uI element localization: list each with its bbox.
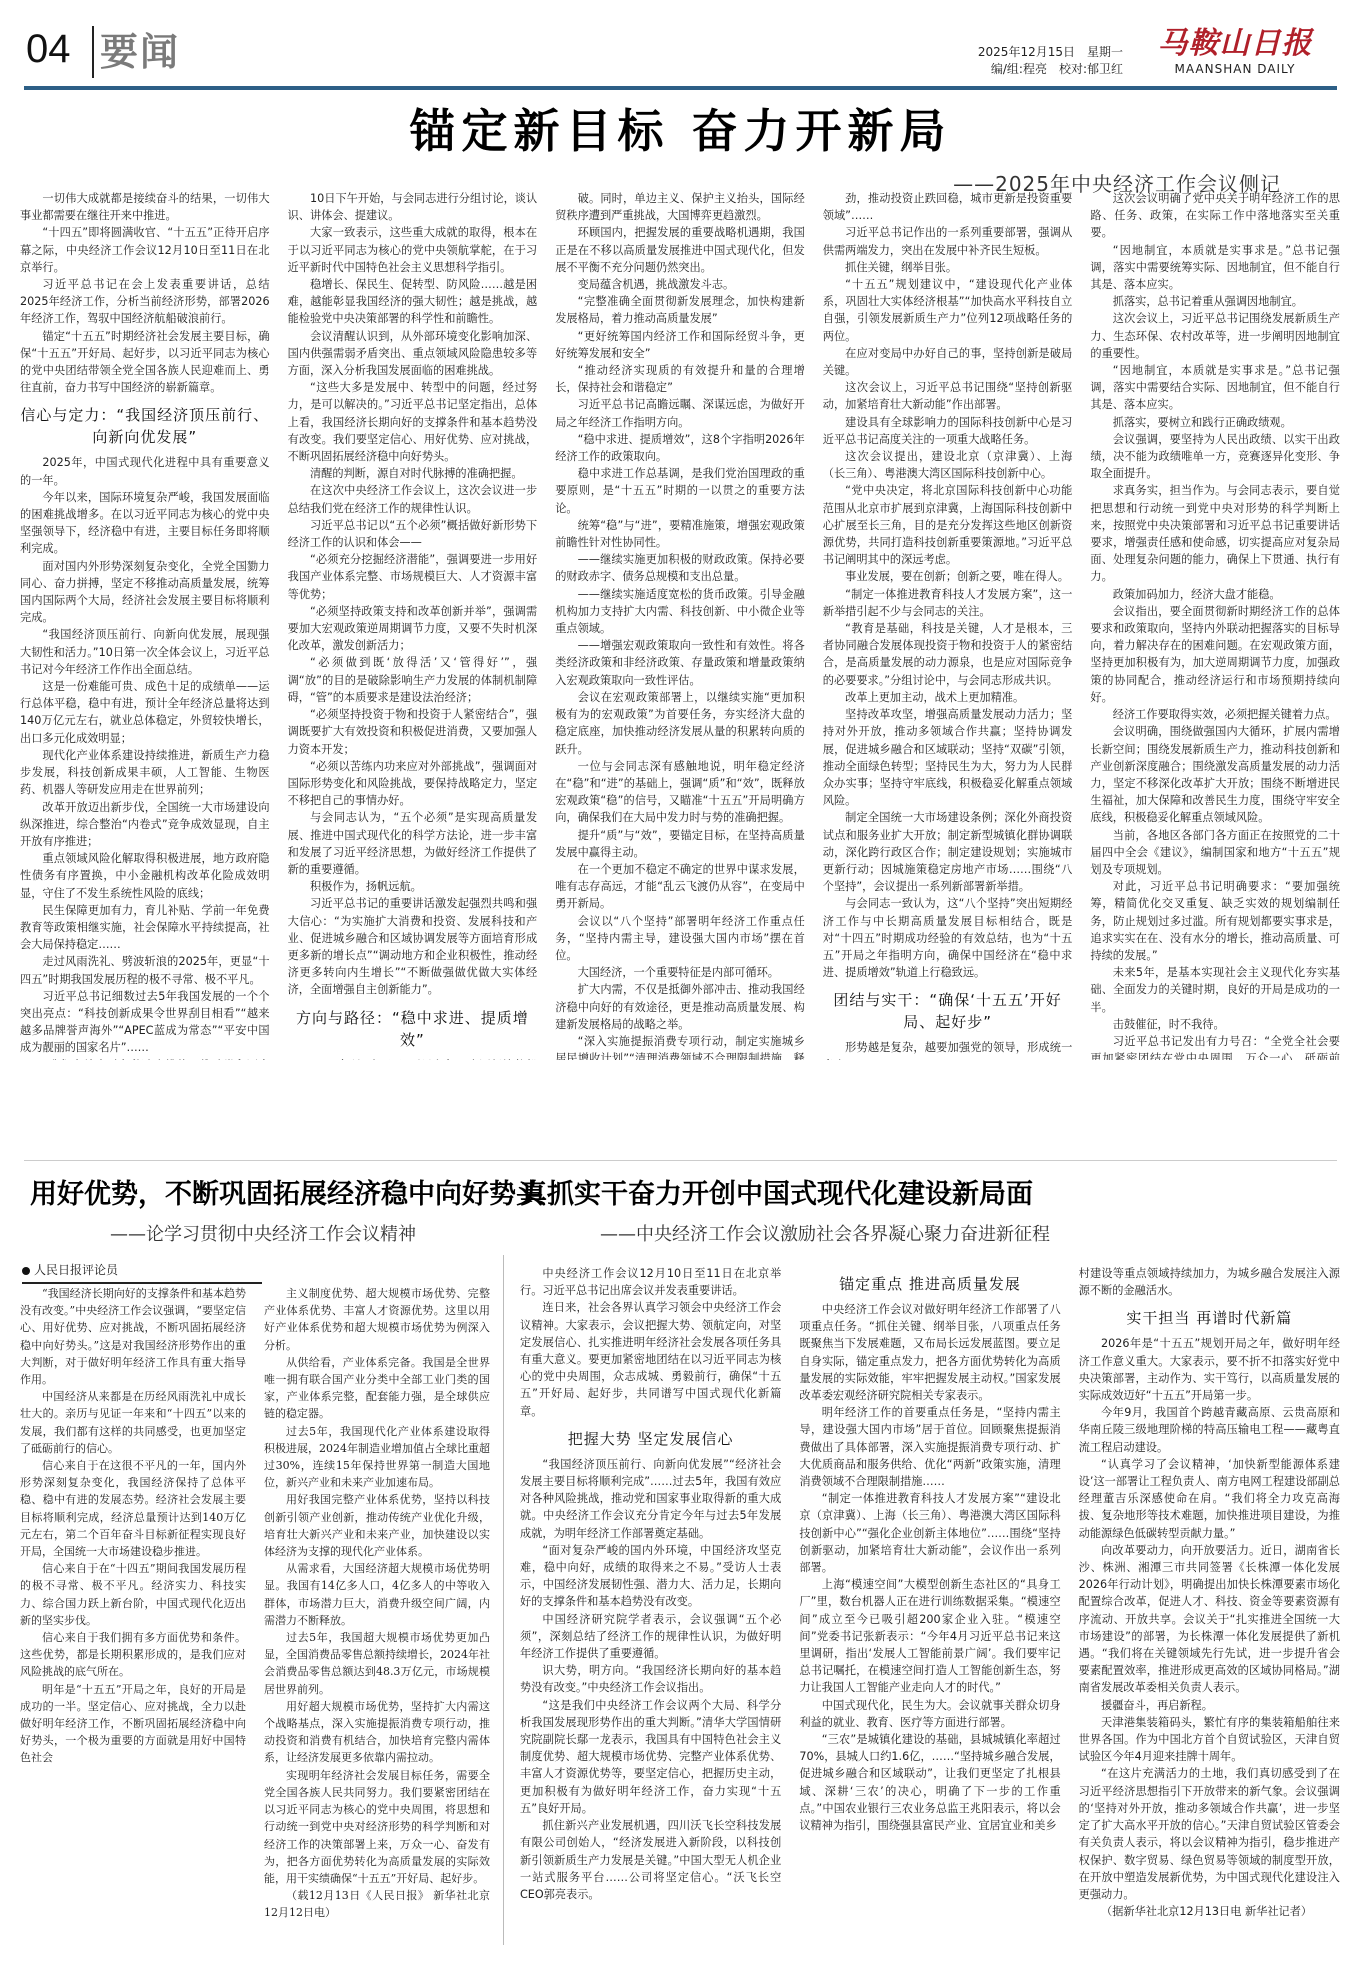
paragraph: 一位与会同志深有感触地说，明年稳定经济在“稳”和“进”的基础上，强调“质”和“效…: [555, 758, 805, 827]
paragraph: 会议清醒认识到，从外部环境变化影响加深、国内供强需弱矛盾突出、重点领域风险隐患较…: [288, 328, 538, 380]
report-subheadline: ——中央经济工作会议激励社会各界凝心聚力奋进新征程: [600, 1220, 1050, 1246]
paragraph: “完整准确全面贯彻新发展理念，加快构建新发展格局，着力推动高质量发展”: [555, 293, 805, 327]
logo-english: MAANSHAN DAILY: [1135, 62, 1335, 76]
top-article-body: 一切伟大成就都是接续奋斗的结果，一切伟大事业都需要在继往开来中推进。“十四五”即…: [20, 190, 1340, 1060]
paragraph: “我国经济顶压前行、向新向优发展，展现强大韧性和活力。”10日第一次全体会议上，…: [20, 626, 270, 678]
paragraph: 统筹“稳”与“进”，要精准施策，增强宏观政策前瞻性针对性协同性。: [555, 517, 805, 551]
paragraph: 会议指出，要全面贯彻新时期经济工作的总体要求和政策取向，坚持内外联动把握落实的目…: [1090, 603, 1340, 706]
date-line: 2025年12月15日 星期一: [978, 44, 1123, 61]
paragraph: 习近平总书记高瞻远瞩、深谋远虑，为做好开局之年经济工作指明方向。: [555, 396, 805, 430]
paragraph: ——继续实施适度宽松的货币政策。引导金融机构加力支持扩大内需、科技创新、中小微企…: [555, 586, 805, 638]
bullet-icon: [22, 1267, 30, 1275]
paragraph: “必须以苦练内功来应对外部挑战”，强调面对国际形势变化和风险挑战，要保持战略定力…: [288, 758, 538, 810]
paragraph: 中国式现代化，民生为大。会议就事关群众切身利益的就业、教育、医疗等方面进行部署。: [799, 1697, 1060, 1731]
paragraph: 事业发展，要在创新；创新之要，唯在得人。: [823, 568, 1073, 585]
paragraph: 在这次中央经济工作会议上，这次会议进一步总结我们党在经济工作的规律性认识。: [288, 482, 538, 516]
paragraph: “制定一体推进教育科技人才发展方案”，这一新举措引起不少与会同志的关注。: [823, 586, 1073, 620]
paragraph: “面对复杂严峻的国内外环境，中国经济攻坚克难，稳中向好，成绩的取得来之不易。”受…: [520, 1542, 781, 1611]
paragraph: 中国经济从来都是在历经风雨洗礼中成长壮大的。亲历与见证一年来和“十四五”以来的发…: [20, 1388, 246, 1457]
subheading: 信心与定力：“我国经济顶压前行、向新向优发展”: [20, 404, 270, 448]
paragraph: 大家一致表示，这些重大成就的取得，根本在于以习近平同志为核心的党中央领航掌舵，在…: [288, 224, 538, 276]
paragraph: 信心来自于在“十四五”期间我国发展历程的极不寻常、极不平凡。经济实力、科技实力、…: [20, 1560, 246, 1629]
paragraph: 会议明确，围绕做强国内大循环，扩展内需增长新空间；围绕发展新质生产力，推动科技创…: [1090, 723, 1340, 826]
paragraph: 现代化产业体系建设持续推进，新质生产力稳步发展，科技创新成果丰硕，人工智能、生物…: [20, 747, 270, 799]
paragraph: 与会同志认为，“五个必须”是实现高质量发展、推进中国式现代化的科学方法论，进一步…: [288, 809, 538, 878]
paragraph: 习近平总书记的重要讲话激发起强烈共鸣和强大信心：“为实施扩大消费和投资、发展科技…: [288, 895, 538, 998]
paragraph: “更好统筹国内经济工作和国际经贸斗争，更好统筹发展和安全”: [555, 328, 805, 362]
paragraph: 与会同志一致认为，这“八个坚持”突出短期经济工作与中长期高质量发展目标相结合，既…: [823, 895, 1073, 981]
paragraph: 习近平总书记以“五个必须”概括做好新形势下经济工作的认识和体会——: [288, 517, 538, 551]
paragraph: 提升“质”与“效”，要锚定目标，在坚持高质量发展中赢得主动。: [555, 827, 805, 861]
paragraph: 会议强调，要坚持为人民出政绩、以实干出政绩，决不能为政绩唯单一方，竞赛逐异化变形…: [1090, 431, 1340, 483]
paragraph: 变局蕴含机遇，挑战激发斗志。: [555, 276, 805, 293]
paragraph: 这次会议上，习近平总书记围绕“坚持创新驱动，加紧培育壮大新动能”作出部署。: [823, 379, 1073, 413]
paragraph: 会议以“八个坚持”部署明年经济工作重点任务，“坚持内需主导，建设强大国内市场”摆…: [555, 913, 805, 965]
paragraph: 抓落实，要树立和践行正确政绩观。: [1090, 414, 1340, 431]
paragraph: 积极作为，扬帆远航。: [288, 878, 538, 895]
commentary-subheadline: ——论学习贯彻中央经济工作会议精神: [110, 1220, 416, 1246]
paragraph: 抓落实，总书记着重从强调因地制宜。: [1090, 293, 1340, 310]
paragraph: 清醒的判断，源自对时代脉搏的准确把握。: [288, 465, 538, 482]
page-number: 04: [26, 26, 71, 72]
paragraph: 2026年是“十五五”开局之年，中国经济航船将驶向新的远方。: [288, 1057, 538, 1060]
paragraph: “因地制宜，本质就是实事求是。”总书记强调，落实中需要结合实际、因地制宜，但不能…: [1090, 362, 1340, 414]
paragraph: 抓住关键，纲举目张。: [823, 259, 1073, 276]
commentary-byline: 人民日报评论员: [22, 1261, 262, 1284]
paragraph: 习近平总书记在会上发表重要讲话，总结2025年经济工作，分析当前经济形势，部署2…: [20, 276, 270, 328]
paragraph: 政策加码加力，经济大盘才能稳。: [1090, 586, 1340, 603]
paragraph: 明年经济工作的首要重点任务是，“坚持内需主导，建设强大国内市场”居于首位。回顾聚…: [799, 1404, 1060, 1490]
paragraph: 天津港集装箱码头，繁忙有序的集装箱船舶往来世界各国。作为中国北方首个自贸试验区，…: [1079, 1714, 1340, 1766]
paragraph: 习近平总书记作出的一系列重要部署，强调从供需两端发力，突出在发展中补齐民生短板。: [823, 224, 1073, 258]
paragraph: 环顾国内，把握发展的重要战略机遇期，我国正是在不移以高质量发展推进中国式现代化，…: [555, 224, 805, 276]
paragraph: “我国经济长期向好的支撑条件和基本趋势没有改变。”中央经济工作会议强调，“要坚定…: [20, 1285, 246, 1388]
top-article-column: 劲，推动投资止跌回稳，城市更新是投资重要领域”……习近平总书记作出的一系列重要部…: [823, 190, 1073, 1060]
paragraph: 坚持改革攻坚，增强高质量发展动力活力；坚持对外开放，推动多领域合作共赢；坚持协调…: [823, 706, 1073, 809]
paragraph: 从需求看，大国经济超大规模市场优势明显。我国有14亿多人口，4亿多人的中等收入群…: [264, 1560, 490, 1629]
commentary-body: “我国经济长期向好的支撑条件和基本趋势没有改变。”中央经济工作会议强调，“要坚定…: [20, 1285, 490, 1955]
paragraph: 实现明年经济社会发展目标任务，需要全党全国各族人民共同努力。我们要紧密团结在以习…: [264, 1767, 490, 1887]
paragraph: 10日下午开始，与会同志进行分组讨论，谈认识、讲体会、提建议。: [288, 190, 538, 224]
paragraph: 破。同时，单边主义、保护主义抬头，国际经贸秩序遭到严重挑战，大国博弈更趋激烈。: [555, 190, 805, 224]
page-number-divider: [92, 26, 94, 78]
paragraph: “十五五”规划建议中，“建设现代化产业体系，巩固壮大实体经济根基”“加快高水平科…: [823, 276, 1073, 345]
paragraph: 改革上更加主动，战术上更加精准。: [823, 689, 1073, 706]
paragraph: 锚定“十五五”时期经济社会发展主要目标，确保“十五五”开好局、起好步，以习近平同…: [20, 328, 270, 397]
paragraph: “在这片充满活力的土地，我们真切感受到了在习近平经济思想指引下开放带来的新气象。…: [1079, 1765, 1340, 1903]
paragraph: ——增强宏观政策取向一致性和有效性。将各类经济政策和非经济政策、存量政策和增量政…: [555, 637, 805, 689]
paragraph: 向改革要动力，向开放要活力。近日，湖南省长沙、株洲、湘潭三市共同签署《长株潭一体…: [1079, 1542, 1340, 1697]
paragraph: “这是我们中央经济工作会议两个大局、科学分析我国发展现形势作出的重大判断。”清华…: [520, 1697, 781, 1817]
paragraph: 今年以来，国际环境复杂严峻，我国发展面临的困难挑战增多。在以习近平同志为核心的党…: [20, 489, 270, 558]
commentary-column: 主义制度优势、超大规模市场优势、完整产业体系优势、丰富人才资源优势。这里以用好产…: [264, 1285, 490, 1955]
subheading: 把握大势 坚定发展信心: [520, 1428, 781, 1450]
paragraph: 信心来自于在这很不平凡的一年，国内外形势深刻复杂变化，我国经济保持了总体平稳、稳…: [20, 1457, 246, 1560]
column-divider: [503, 1255, 504, 1945]
paragraph: 村建设等重点领域持续加力，为城乡融合发展注入源源不断的金融活水。: [1079, 1265, 1340, 1299]
paragraph: 主义制度优势、超大规模市场优势、完整产业体系优势、丰富人才资源优势。这里以用好产…: [264, 1285, 490, 1354]
paragraph: 稳中求进工作总基调，是我们党治国理政的重要原则，是“十五五”时期的一以贯之的重要…: [555, 465, 805, 517]
subheading: 锚定重点 推进高质量发展: [799, 1273, 1060, 1295]
paragraph: 识大势，明方向。“我国经济长期向好的基本趋势没有改变。”中央经济工作会议指出。: [520, 1662, 781, 1696]
byline-text: 人民日报评论员: [34, 1263, 118, 1277]
paragraph: 这是一份难能可贵、成色十足的成绩单——运行总体平稳，稳中有进，预计全年经济总量将…: [20, 678, 270, 747]
paragraph: 劲，推动投资止跌回稳，城市更新是投资重要领域”……: [823, 190, 1073, 224]
report-headline: 真抓实干奋力开创中国式现代化建设新局面: [520, 1178, 1340, 1212]
commentary-column: “我国经济长期向好的支撑条件和基本趋势没有改变。”中央经济工作会议强调，“要坚定…: [20, 1285, 246, 1955]
paragraph: “必须做到既‘放得活’又‘管得好’”，强调“放”的目的是破除影响生产力发展的体制…: [288, 654, 538, 706]
paragraph: 稳增长、保民生、促转型、防风险……越是困难，越能彰显我国经济的强大韧性；越是挑战…: [288, 276, 538, 328]
paragraph: 习近平总书记发出有力号召：“全党全社会要更加紧密团结在党中央周围，万众一心、砥砺…: [1090, 1033, 1340, 1060]
masthead: 04 要闻 2025年12月15日 星期一 编/组:程亮 校对:郁卫红 马鞍山日…: [0, 0, 1361, 80]
paragraph: 明年是“十五五”开局之年，良好的开局是成功的一半。坚定信心、应对挑战，全力以赴做…: [20, 1681, 246, 1767]
paragraph: 一切伟大成就都是接续奋斗的结果，一切伟大事业都需要在继往开来中推进。: [20, 190, 270, 224]
paragraph: 中国经济研究院学者表示，会议强调“五个必须”，深刻总结了经济工作的规律性认识，为…: [520, 1611, 781, 1663]
paragraph: “教育是基础，科技是关键，人才是根本，三者协同融合发展体现投资于物和投资于人的紧…: [823, 620, 1073, 689]
paragraph: “十四五”即将圆满收官、“十五五”正待开启序幕之际，中央经济工作会议12月10日…: [20, 224, 270, 276]
paragraph: 习近平总书记细数过去5年我国发展的一个个突出亮点：“科技创新成果令世界刮目相看”…: [20, 988, 270, 1057]
paragraph: 中央经济工作会议对做好明年经济工作部署了八项重点任务。“抓住关键、纲举目张，八项…: [799, 1301, 1060, 1404]
editor-line: 编/组:程亮 校对:郁卫红: [978, 61, 1123, 78]
paragraph: ——继续实施更加积极的财政政策。保持必要的财政赤字、债务总规模和支出总量。: [555, 551, 805, 585]
paragraph: 形势越是复杂，越要加强党的领导，形成统一意志。: [823, 1039, 1073, 1060]
paragraph: 这次会议明确了党中央关于明年经济工作的思路、任务、政策，在实际工作中落地落实至关…: [1090, 190, 1340, 242]
paragraph: “必须坚持政策支持和改革创新并举”，强调需要加大宏观政策逆周期调节力度，又要不失…: [288, 603, 538, 655]
paragraph: 大国经济，一个重要特征是内部可循环。: [555, 964, 805, 981]
paragraph: 走过风雨洗礼、劈波斩浪的2025年，更显“十四五”时期我国发展历程的极不寻常、极…: [20, 953, 270, 987]
paragraph: 中央经济工作会议12月10日至11日在北京举行。习近平总书记出席会议并发表重要讲…: [520, 1265, 781, 1299]
top-article-column: 破。同时，单边主义、保护主义抬头，国际经贸秩序遭到严重挑战，大国博弈更趋激烈。环…: [555, 190, 805, 1060]
paragraph: “我们有效应对各种冲击挑战，推动党和国家事业取得新的重大成就，第二个百年奋斗目标…: [20, 1057, 270, 1060]
subheading: 团结与实干：“确保‘十五五’开好局、起好步”: [823, 989, 1073, 1033]
paragraph: 在一个更加不稳定不确定的世界中谋求发展，唯有志存高远，才能“乱云飞渡仍从容”，在…: [555, 861, 805, 913]
paragraph: 这次会议提出，建设北京（京津冀）、上海（长三角）、粤港澳大湾区国际科技创新中心。: [823, 448, 1073, 482]
paragraph: 从供给看，产业体系完备。我国是全世界唯一拥有联合国产业分类中全部工业门类的国家，…: [264, 1354, 490, 1423]
paragraph: 扩大内需，不仅是抵御外部冲击、推动我国经济稳中向好的有效途径，更是推动高质量发展…: [555, 981, 805, 1033]
paragraph: “必须充分挖掘经济潜能”，强调要进一步用好我国产业体系完整、市场规模巨大、人才资…: [288, 551, 538, 603]
paragraph: 民生保障更加有力，育儿补贴、学前一年免费教育等政策相继实施，社会保障水平持续提高…: [20, 902, 270, 954]
paragraph: 用好超大规模市场优势，坚持扩大内需这个战略基点，深入实施提振消费专项行动，推动投…: [264, 1698, 490, 1767]
commentary-headline: 用好优势，不断巩固拓展经济稳中向好势头: [30, 1178, 500, 1212]
paragraph: 面对国内外形势深刻复杂变化，全党全国勠力同心、奋力拼搏，坚定不移推动高质量发展，…: [20, 558, 270, 627]
paragraph: “深入实施提振消费专项行动，制定实施城乡居民增收计划”“清理消费领域不合理限制措…: [555, 1033, 805, 1060]
paragraph: “这些大多是发展中、转型中的问题，经过努力，是可以解决的。”习近平总书记坚定指出…: [288, 379, 538, 465]
paragraph: 用好我国完整产业体系优势，坚持以科技创新引领产业创新，推动传统产业优化升级，培育…: [264, 1491, 490, 1560]
paragraph: “推动经济实现质的有效提升和量的合理增长，保持社会和谐稳定”: [555, 362, 805, 396]
paragraph: 2026年是“十五五”规划开局之年，做好明年经济工作意义重大。大家表示，要不折不…: [1079, 1335, 1340, 1404]
top-article-headline: 锚定新目标 奋力开新局: [0, 105, 1361, 157]
paragraph: 求真务实，担当作为。与会同志表示，要自觉把思想和行动统一到党中央对形势的科学判断…: [1090, 482, 1340, 585]
report-body: 中央经济工作会议12月10日至11日在北京举行。习近平总书记出席会议并发表重要讲…: [520, 1265, 1340, 1955]
paragraph: “认真学习了会议精神，‘加快新型能源体系建设’这一部署让工程负责人、南方电网工程…: [1079, 1456, 1340, 1542]
paragraph: 重点领域风险化解取得积极进展，地方政府隐性债务有序置换，中小金融机构改革化险成效…: [20, 850, 270, 902]
paragraph: （载12月13日《人民日报》 新华社北京12月12日电）: [264, 1887, 490, 1921]
paragraph: 信心来自于我们拥有多方面优势和条件。这些优势，都是长期积累形成的，是我们应对风险…: [20, 1629, 246, 1681]
paragraph: 上海“模速空间”大模型创新生态社区的“具身工厂”里，数台机器人正在进行训练数据采…: [799, 1576, 1060, 1696]
paragraph: “三农”是城镇化建设的基础，县城城镇化率超过70%，县城人口约1.6亿，……“坚…: [799, 1731, 1060, 1834]
top-article-column: 一切伟大成就都是接续奋斗的结果，一切伟大事业都需要在继往开来中推进。“十四五”即…: [20, 190, 270, 1060]
paragraph: 会议在宏观政策部署上，以继续实施“更加积极有为的宏观政策”为首要任务，夯实经济大…: [555, 689, 805, 758]
newspaper-logo: 马鞍山日报 MAANSHAN DAILY: [1135, 26, 1335, 76]
paragraph: 连日来，社会各界认真学习领会中央经济工作会议精神。大家表示，会议把握大势、领航定…: [520, 1299, 781, 1419]
paragraph: “我国经济顶压前行、向新向优发展”“经济社会发展主要目标将顺利完成”……过去5年…: [520, 1456, 781, 1542]
paragraph: 经济工作要取得实效，必须把握关键着力点。: [1090, 706, 1340, 723]
section-divider: [24, 1160, 1337, 1161]
paragraph: “必须坚持投资于物和投资于人紧密结合”，强调既要扩大有效投资和积极促进消费，又要…: [288, 706, 538, 758]
report-column: 村建设等重点领域持续加力，为城乡融合发展注入源源不断的金融活水。实干担当 再谱时…: [1079, 1265, 1340, 1955]
paragraph: 当前，各地区各部门各方面正在按照党的二十届四中全会《建议》，编制国家和地方“十五…: [1090, 827, 1340, 879]
paragraph: 过去5年，我国超大规模市场优势更加凸显，全国消费品零售总额持续增长，2024年社…: [264, 1629, 490, 1698]
paragraph: “党中央决定，将北京国际科技创新中心功能范围从北京市扩展到京津冀，上海国际科技创…: [823, 482, 1073, 568]
subheading: 方向与路径：“稳中求进、提质增效”: [288, 1007, 538, 1051]
paragraph: 制定全国统一大市场建设条例；深化外商投资试点和服务业扩大开放；制定新型城镇化群协…: [823, 809, 1073, 895]
section-title: 要闻: [100, 30, 180, 74]
paragraph: 2025年，中国式现代化进程中具有重要意义的一年。: [20, 454, 270, 488]
paragraph: 对此，习近平总书记明确要求：“要加强统筹，精简优化交叉重复、缺乏实效的规划编制任…: [1090, 878, 1340, 964]
paragraph: 改革开放迈出新步伐，全国统一大市场建设向纵深推进，综合整治“内卷式”竞争成效显现…: [20, 799, 270, 851]
report-column: 锚定重点 推进高质量发展中央经济工作会议对做好明年经济工作部署了八项重点任务。“…: [799, 1265, 1060, 1955]
report-column: 中央经济工作会议12月10日至11日在北京举行。习近平总书记出席会议并发表重要讲…: [520, 1265, 781, 1955]
issue-meta: 2025年12月15日 星期一 编/组:程亮 校对:郁卫红: [978, 44, 1123, 78]
paragraph: 未来5年，是基本实现社会主义现代化夯实基础、全面发力的关键时期，良好的开局是成功…: [1090, 964, 1340, 1016]
logo-chinese: 马鞍山日报: [1135, 26, 1335, 62]
paragraph: 今年9月，我国首个跨越青藏高原、云贵高原和华南丘陵三级地理阶梯的特高压输电工程—…: [1079, 1404, 1340, 1456]
subheading: 实干担当 再谱时代新篇: [1079, 1307, 1340, 1329]
paragraph: 击鼓催征，时不我待。: [1090, 1016, 1340, 1033]
paragraph: “因地制宜，本质就是实事求是。”总书记强调，落实中需要统筹实际、因地制宜，但不能…: [1090, 242, 1340, 294]
paragraph: 抓住新兴产业发展机遇，四川沃飞长空科技发展有限公司创始人，“经济发展进入新阶段，…: [520, 1817, 781, 1903]
top-article-column: 这次会议明确了党中央关于明年经济工作的思路、任务、政策，在实际工作中落地落实至关…: [1090, 190, 1340, 1060]
header-rule: [24, 86, 1337, 90]
paragraph: 在应对变局中办好自己的事，坚持创新是破局关键。: [823, 345, 1073, 379]
paragraph: “制定一体推进教育科技人才发展方案”“建设北京（京津冀）、上海（长三角）、粤港澳…: [799, 1490, 1060, 1576]
top-article-column: 10日下午开始，与会同志进行分组讨论，谈认识、讲体会、提建议。大家一致表示，这些…: [288, 190, 538, 1060]
paragraph: 建设具有全球影响力的国际科技创新中心是习近平总书记高度关注的一项重大战略任务。: [823, 414, 1073, 448]
paragraph: 这次会议上，习近平总书记围绕发展新质生产力、生态环保、农村改革等，进一步阐明因地…: [1090, 310, 1340, 362]
paragraph: 过去5年，我国现代化产业体系建设取得积极进展，2024年制造业增加值占全球比重超…: [264, 1423, 490, 1492]
paragraph: 援疆奋斗，再启新程。: [1079, 1697, 1340, 1714]
paragraph: （据新华社北京12月13日电 新华社记者）: [1079, 1903, 1340, 1920]
paragraph: “稳中求进、提质增效”，这8个字指明2026年经济工作的政策取向。: [555, 431, 805, 465]
